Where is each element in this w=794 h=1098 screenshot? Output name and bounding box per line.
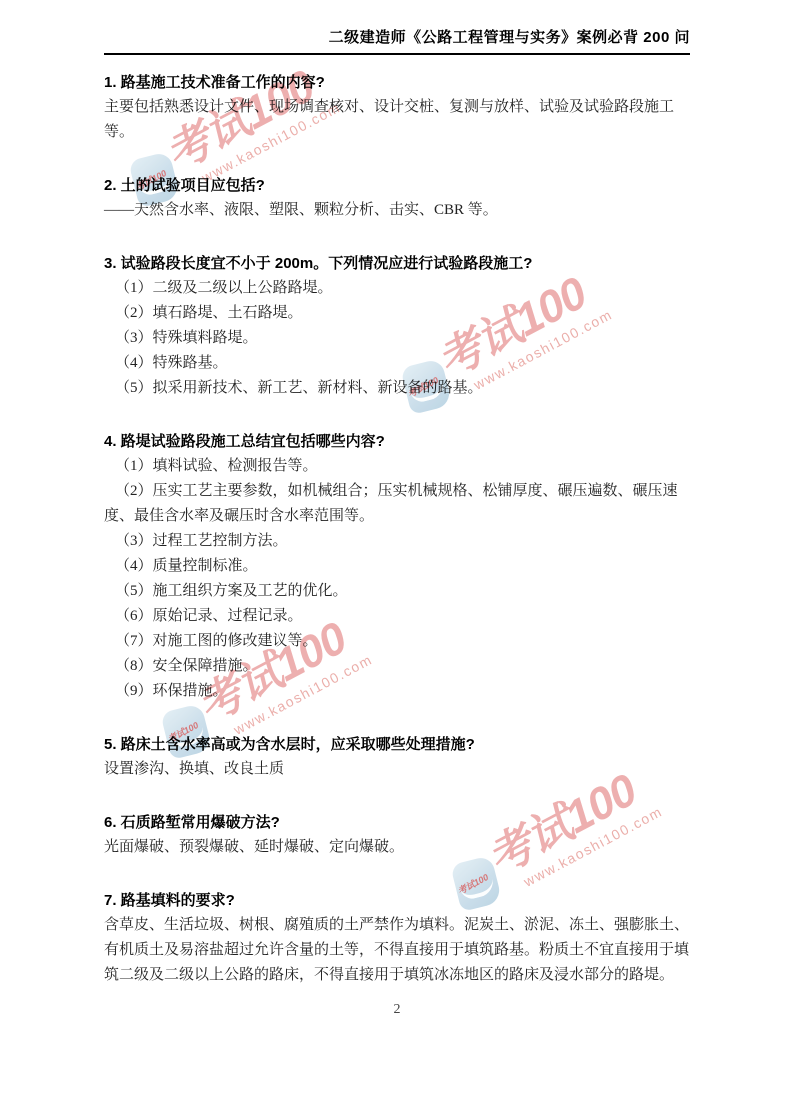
list-item: （4）质量控制标准。 [104,554,690,579]
list-item: （5）施工组织方案及工艺的优化。 [104,579,690,604]
section-5: 5. 路床土含水率高或为含水层时，应采取哪些处理措施? 设置渗沟、换填、改良土质 [104,732,690,782]
list-item: （8）安全保障措施。 [104,654,690,679]
section-paragraph: 主要包括熟悉设计文件、现场调查核对、设计交桩、复测与放样、试验及试验路段施工等。 [104,95,690,145]
list-item: （2）压实工艺主要参数，如机械组合；压实机械规格、松铺厚度、碾压遍数、碾压速度、… [104,479,690,529]
list-item: （7）对施工图的修改建议等。 [104,629,690,654]
page-header: 二级建造师《公路工程管理与实务》案例必背 200 问 [104,26,690,55]
list-item: （5）拟采用新技术、新工艺、新材料、新设备的路基。 [104,376,690,401]
list-item: （3）过程工艺控制方法。 [104,529,690,554]
section-heading: 4. 路堤试验路段施工总结宜包括哪些内容? [104,429,690,454]
section-paragraph: 设置渗沟、换填、改良土质 [104,757,690,782]
section-heading: 3. 试验路段长度宜不小于 200m。下列情况应进行试验路段施工? [104,251,690,276]
document-content: 1. 路基施工技术准备工作的内容? 主要包括熟悉设计文件、现场调查核对、设计交桩… [104,70,690,1016]
section-2: 2. 土的试验项目应包括? ——天然含水率、液限、塑限、颗粒分析、击实、CBR … [104,173,690,223]
list-item: （1）二级及二级以上公路路堤。 [104,276,690,301]
section-paragraph: 光面爆破、预裂爆破、延时爆破、定向爆破。 [104,835,690,860]
section-6: 6. 石质路堑常用爆破方法? 光面爆破、预裂爆破、延时爆破、定向爆破。 [104,810,690,860]
section-paragraph: ——天然含水率、液限、塑限、颗粒分析、击实、CBR 等。 [104,198,690,223]
list-item: （9）环保措施。 [104,679,690,704]
section-heading: 7. 路基填料的要求? [104,888,690,913]
page-footer: 2 [0,1000,794,1018]
document-page: 二级建造师《公路工程管理与实务》案例必背 200 问 1. 路基施工技术准备工作… [0,0,794,1098]
section-4: 4. 路堤试验路段施工总结宜包括哪些内容? （1）填料试验、检测报告等。 （2）… [104,429,690,704]
section-heading: 2. 土的试验项目应包括? [104,173,690,198]
section-heading: 5. 路床土含水率高或为含水层时，应采取哪些处理措施? [104,732,690,757]
section-heading: 1. 路基施工技术准备工作的内容? [104,70,690,95]
list-item: （3）特殊填料路堤。 [104,326,690,351]
list-item: （2）填石路堤、土石路堤。 [104,301,690,326]
section-7: 7. 路基填料的要求? 含草皮、生活垃圾、树根、腐殖质的土严禁作为填料。泥炭土、… [104,888,690,988]
header-title: 二级建造师《公路工程管理与实务》案例必背 200 问 [329,29,690,46]
list-item: （6）原始记录、过程记录。 [104,604,690,629]
list-item: （1）填料试验、检测报告等。 [104,454,690,479]
section-paragraph: 含草皮、生活垃圾、树根、腐殖质的土严禁作为填料。泥炭土、淤泥、冻土、强膨胀土、有… [104,913,690,988]
section-3: 3. 试验路段长度宜不小于 200m。下列情况应进行试验路段施工? （1）二级及… [104,251,690,401]
list-item: （4）特殊路基。 [104,351,690,376]
page-number: 2 [394,1002,401,1017]
section-1: 1. 路基施工技术准备工作的内容? 主要包括熟悉设计文件、现场调查核对、设计交桩… [104,70,690,145]
section-heading: 6. 石质路堑常用爆破方法? [104,810,690,835]
